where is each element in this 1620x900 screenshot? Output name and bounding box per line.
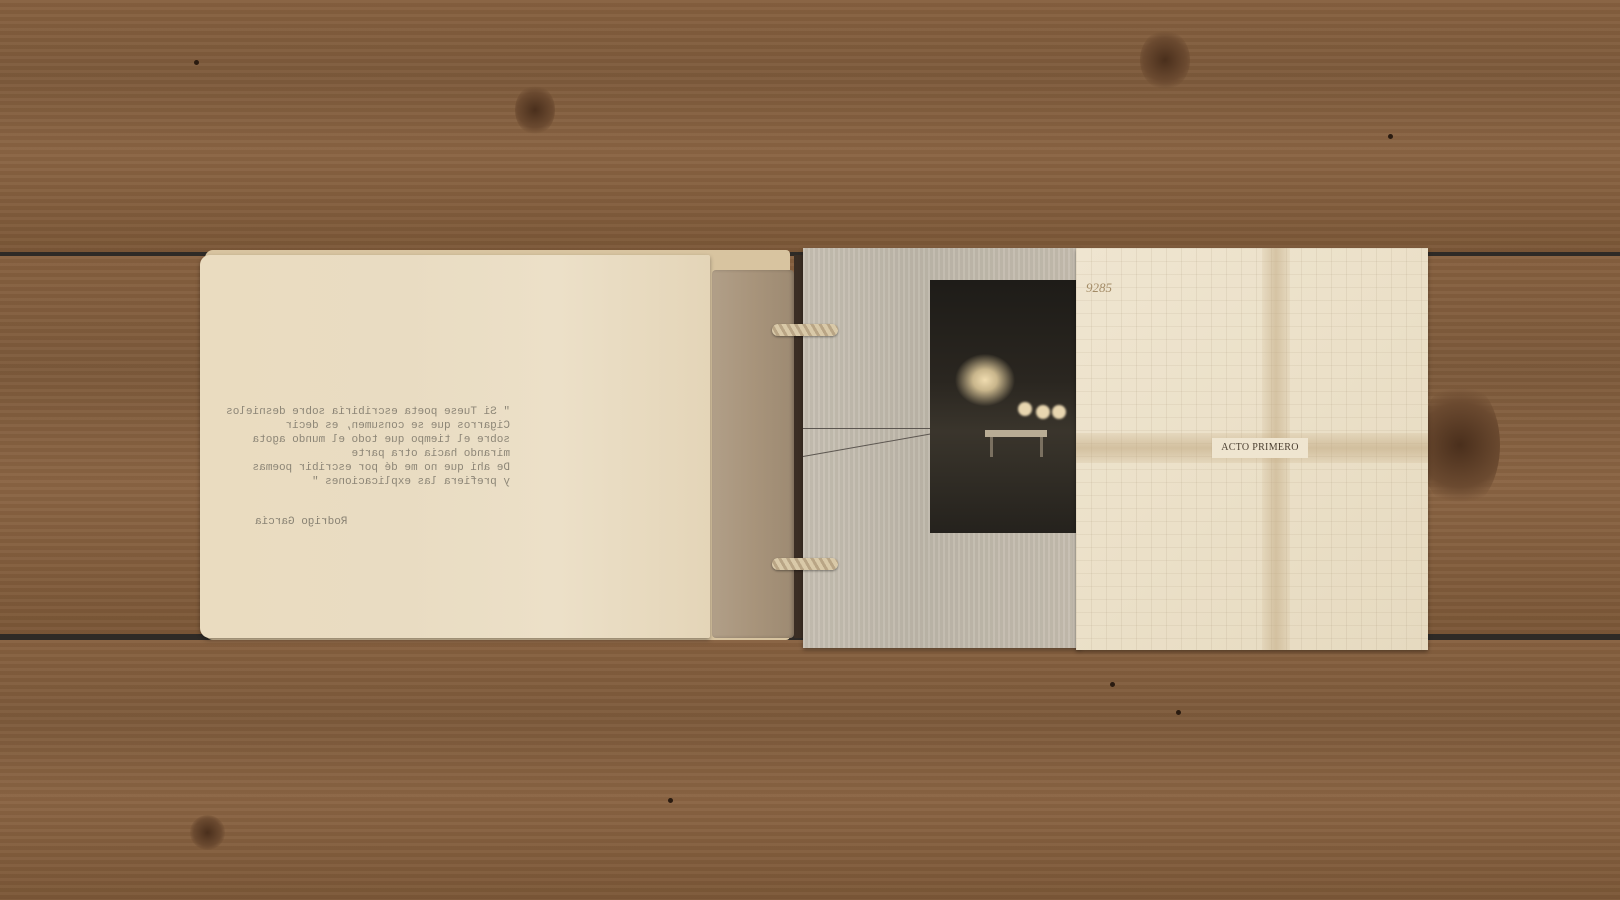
- text-line: mirando hacia otra parte: [352, 448, 510, 460]
- pencil-number: 9285: [1086, 280, 1112, 296]
- wood-knot: [1140, 30, 1190, 90]
- table-leg: [990, 437, 993, 457]
- wood-plank-bottom: [0, 640, 1620, 900]
- wood-plank-top: [0, 0, 1620, 252]
- wood-knot: [190, 815, 225, 850]
- light-bokeh: [1052, 405, 1066, 419]
- nail-hole: [1110, 682, 1115, 687]
- table-leg: [1040, 437, 1043, 457]
- text-line: Cigarros que se consumen, es decir: [286, 420, 510, 432]
- wood-knot: [515, 85, 555, 135]
- nail-hole: [1388, 134, 1393, 139]
- picnic-table: [985, 430, 1047, 437]
- text-line: De ahí que no me dé por escribir poemas: [253, 462, 510, 474]
- nail-hole: [668, 798, 673, 803]
- text-line: " Si Tuese poeta escribiría sobre desnie…: [226, 406, 510, 418]
- wood-knot: [1420, 380, 1500, 510]
- light-bokeh: [1036, 405, 1050, 419]
- acto-primero-label: ACTO PRIMERO: [1212, 438, 1308, 458]
- text-line: y prefiera las explicaciones ": [312, 476, 510, 488]
- nail-hole: [194, 60, 199, 65]
- light-bokeh: [1018, 402, 1032, 416]
- nail-hole: [1176, 710, 1181, 715]
- thread-line: [803, 428, 933, 429]
- signature: Rodrigo García: [255, 516, 347, 528]
- binding-cord-bottom: [772, 558, 838, 570]
- text-line: sobre el tiempo que todo el mundo agota: [253, 434, 510, 446]
- mirrored-typewritten-text: " Si Tuese poeta escribiría sobre desnie…: [250, 405, 510, 489]
- binding-cord-top: [772, 324, 838, 336]
